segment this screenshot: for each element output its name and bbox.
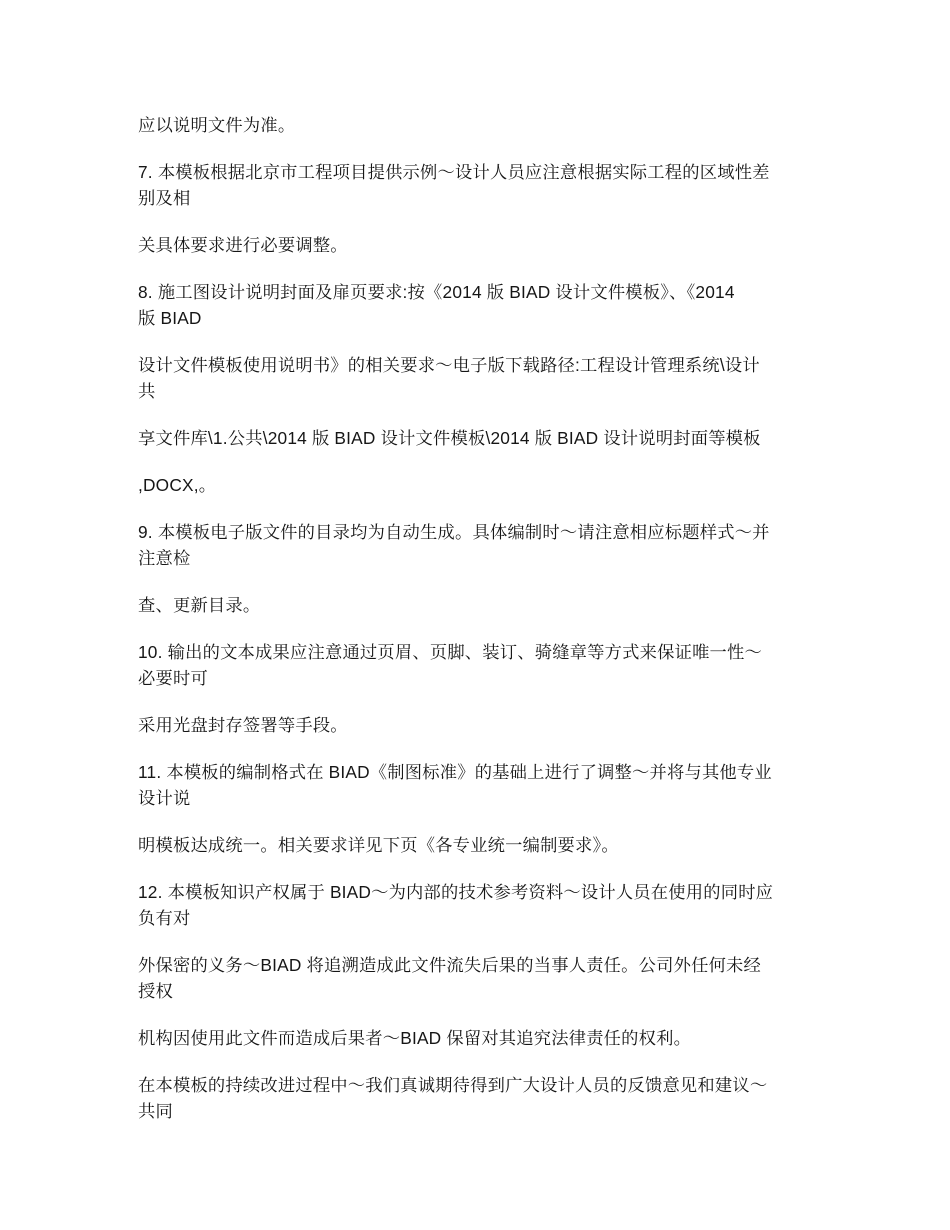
doc-paragraph-8: 9. 本模板电子版文件的目录均为自动生成。具体编制时～请注意相应标题样式～并 注… [138,519,838,571]
doc-paragraph-2: 7. 本模板根据北京市工程项目提供示例～设计人员应注意根据实际工程的区域性差 别… [138,159,838,211]
doc-paragraph-4: 8. 施工图设计说明封面及扉页要求:按《2014 版 BIAD 设计文件模板》、… [138,279,838,331]
doc-paragraph-10: 10. 输出的文本成果应注意通过页眉、页脚、装订、骑缝章等方式来保证唯一性～ 必… [138,639,838,691]
doc-paragraph-9: 查、更新目录。 [138,592,838,618]
doc-paragraph-17: 在本模板的持续改进过程中～我们真诚期待得到广大设计人员的反馈意见和建议～ 共同 [138,1072,838,1124]
document-page: 应以说明文件为准。 7. 本模板根据北京市工程项目提供示例～设计人员应注意根据实… [0,0,950,1230]
doc-paragraph-16: 机构因使用此文件而造成后果者～BIAD 保留对其追究法律责任的权利。 [138,1025,838,1051]
doc-paragraph-5: 设计文件模板使用说明书》的相关要求～电子版下载路径:工程设计管理系统\设计 共 [138,352,838,404]
doc-paragraph-11: 采用光盘封存签署等手段。 [138,712,838,738]
doc-paragraph-14: 12. 本模板知识产权属于 BIAD～为内部的技术参考资料～设计人员在使用的同时… [138,879,838,931]
doc-paragraph-13: 明模板达成统一。相关要求详见下页《各专业统一编制要求》。 [138,832,838,858]
doc-paragraph-15: 外保密的义务～BIAD 将追溯造成此文件流失后果的当事人责任。公司外任何未经 授… [138,952,838,1004]
doc-paragraph-6: 享文件库\1.公共\2014 版 BIAD 设计文件模板\2014 版 BIAD… [138,425,838,451]
document-body: 应以说明文件为准。 7. 本模板根据北京市工程项目提供示例～设计人员应注意根据实… [138,112,838,1145]
doc-paragraph-7: ,DOCX,。 [138,472,838,498]
doc-paragraph-3: 关具体要求进行必要调整。 [138,232,838,258]
doc-paragraph-1: 应以说明文件为准。 [138,112,838,138]
doc-paragraph-12: 11. 本模板的编制格式在 BIAD《制图标准》的基础上进行了调整～并将与其他专… [138,759,838,811]
